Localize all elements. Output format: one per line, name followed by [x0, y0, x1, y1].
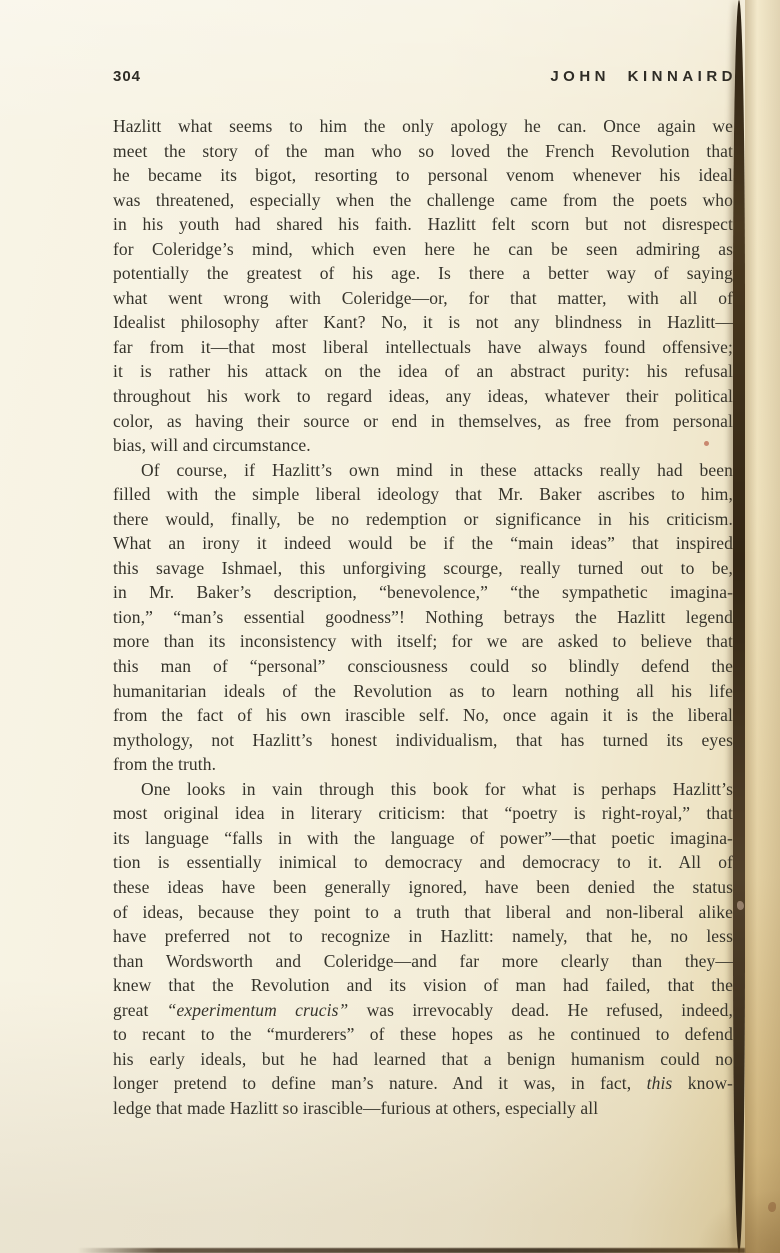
text-line: its language “falls in with the language… [113, 826, 733, 851]
book-pages-edge [745, 0, 780, 1253]
text-line: this man of “personal” consciousness cou… [113, 654, 733, 679]
text-line: mythology, not Hazlitt’s honest individu… [113, 728, 733, 753]
text-line: tion is essentially inimical to democrac… [113, 850, 733, 875]
text-line: from the truth. [113, 752, 733, 777]
text-line: was threatened, especially when the chal… [113, 188, 733, 213]
text-line: bias, will and circumstance. [113, 433, 733, 458]
text-line: One looks in vain through this book for … [113, 777, 733, 802]
corner-shadow [620, 1133, 780, 1253]
text-line: for Coleridge’s mind, which even here he… [113, 237, 733, 262]
text-line: in Mr. Baker’s description, “benevolence… [113, 580, 733, 605]
text-line: most original idea in literary criticism… [113, 801, 733, 826]
page-edge-shadow [733, 0, 745, 1253]
text-line: Idealist philosophy after Kant? No, it i… [113, 310, 733, 335]
text-line: than Wordsworth and Coleridge—and far mo… [113, 949, 733, 974]
page-header: 304 JOHN KINNAIRD [113, 68, 737, 90]
text-line: what went wrong with Coleridge—or, for t… [113, 286, 733, 311]
paragraph: Hazlitt what seems to him the only apolo… [113, 114, 733, 458]
running-head-author: JOHN KINNAIRD [550, 68, 737, 85]
text-line: humanitarian ideals of the Revolution as… [113, 679, 733, 704]
page-number: 304 [113, 68, 141, 85]
text-line: from the fact of his own irascible self.… [113, 703, 733, 728]
text-line: these ideas have been generally ignored,… [113, 875, 733, 900]
paragraph: Of course, if Hazlitt’s own mind in thes… [113, 458, 733, 777]
text-line: have preferred not to recognize in Hazli… [113, 924, 733, 949]
text-line: it is rather his attack on the idea of a… [113, 359, 733, 384]
text-block: Hazlitt what seems to him the only apolo… [113, 114, 733, 1120]
text-line: potentially the greatest of his age. Is … [113, 261, 733, 286]
text-line: longer pretend to define man’s nature. A… [113, 1071, 733, 1096]
text-line: Of course, if Hazlitt’s own mind in thes… [113, 458, 733, 483]
text-line: filled with the simple liberal ideology … [113, 482, 733, 507]
print-speck [704, 441, 709, 446]
text-line: in his youth had shared his faith. Hazli… [113, 212, 733, 237]
text-line: color, as having their source or end in … [113, 409, 733, 434]
text-line: he became its bigot, resorting to person… [113, 163, 733, 188]
text-line: tion,” “man’s essential goodness”! Nothi… [113, 605, 733, 630]
text-line: this savage Ishmael, this unforgiving sc… [113, 556, 733, 581]
text-line: far from it—that most liberal intellectu… [113, 335, 733, 360]
text-line: of ideas, because they point to a truth … [113, 900, 733, 925]
paragraph: One looks in vain through this book for … [113, 777, 733, 1121]
text-line: throughout his work to regard ideas, any… [113, 384, 733, 409]
book-page: 304 JOHN KINNAIRD Hazlitt what seems to … [0, 0, 780, 1253]
text-line: meet the story of the man who so loved t… [113, 139, 733, 164]
text-line: his early ideals, but he had learned tha… [113, 1047, 733, 1072]
text-line: there would, finally, be no redemption o… [113, 507, 733, 532]
text-line: ledge that made Hazlitt so irascible—fur… [113, 1096, 733, 1121]
text-line: great “experimentum crucis” was irrevoca… [113, 998, 733, 1023]
text-line: more than its inconsistency with itself;… [113, 629, 733, 654]
text-line: knew that the Revolution and its vision … [113, 973, 733, 998]
edge-speck [737, 901, 744, 910]
text-line: to recant to the “murderers” of these ho… [113, 1022, 733, 1047]
edge-speck [768, 1202, 776, 1212]
text-line: What an irony it indeed would be if the … [113, 531, 733, 556]
text-line: Hazlitt what seems to him the only apolo… [113, 114, 733, 139]
